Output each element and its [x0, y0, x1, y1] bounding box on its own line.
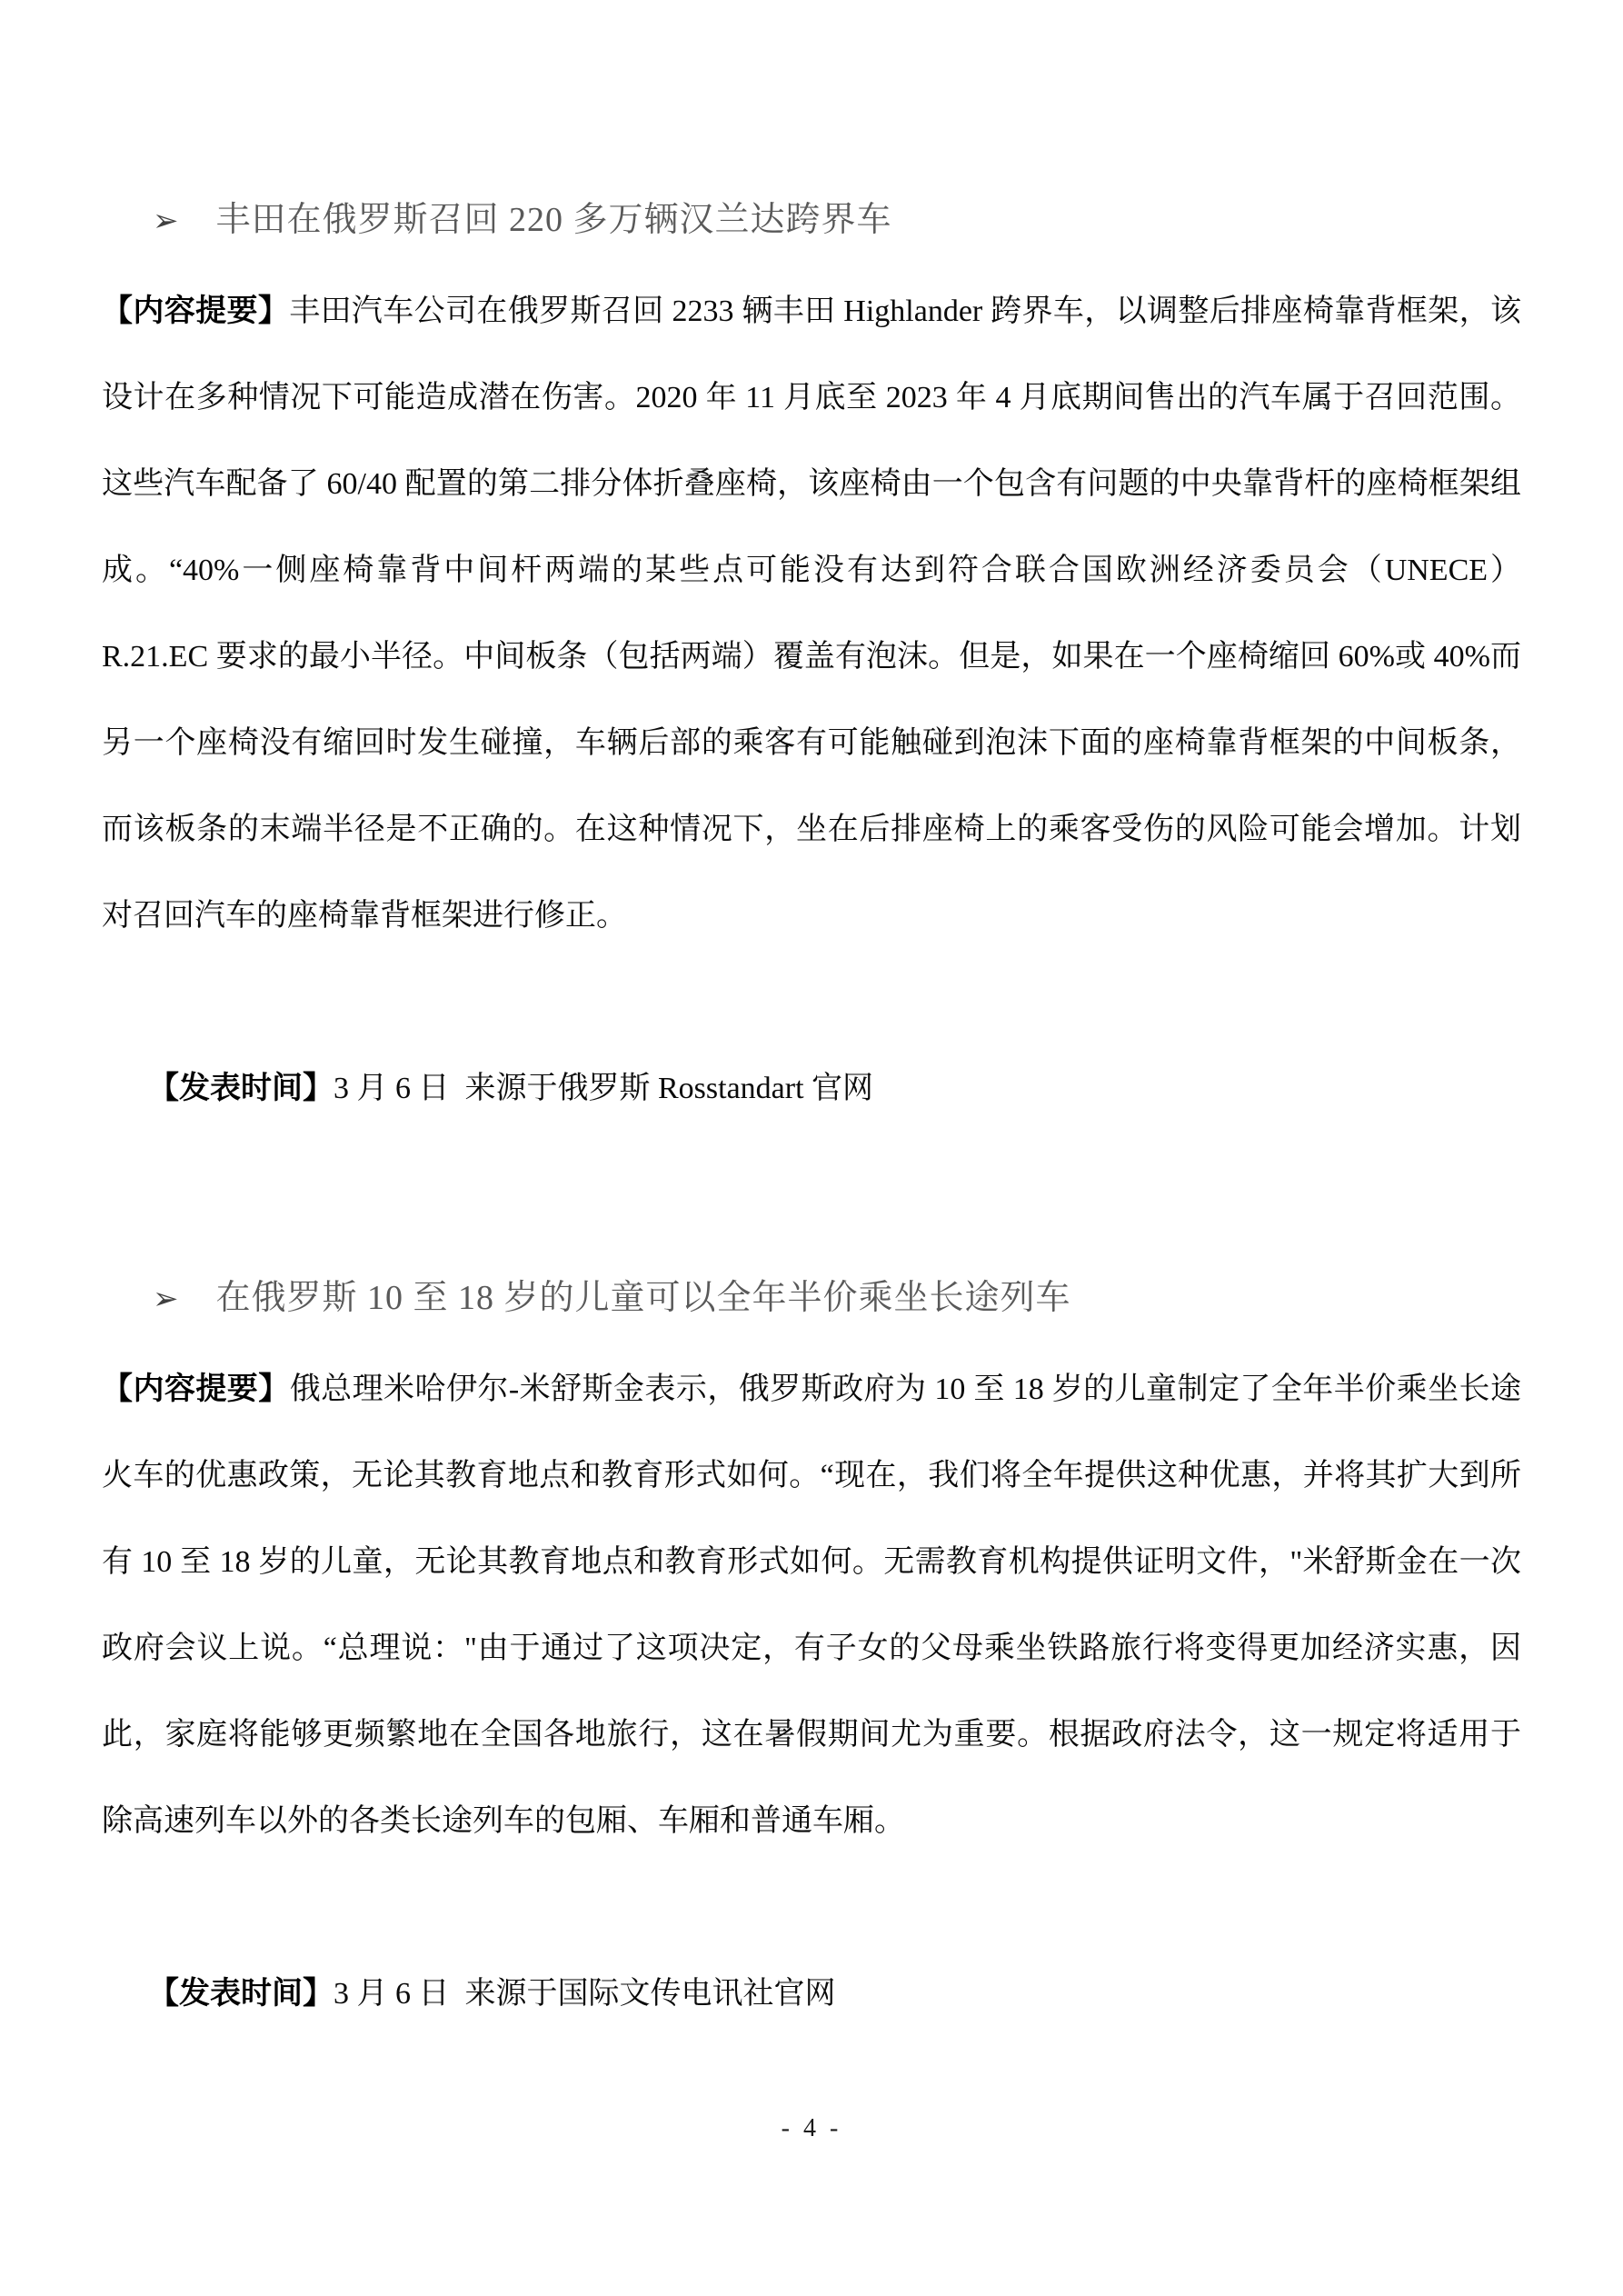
arrow-bullet-icon: ➢ — [153, 197, 180, 246]
summary-label: 【内容提要】 — [102, 1373, 290, 1406]
summary-label: 【内容提要】 — [102, 294, 289, 328]
publish-date-label: 【发表时间】 — [148, 1072, 334, 1105]
section-toyota-recall: ➢ 丰田在俄罗斯召回 220 多万辆汉兰达跨界车 【内容提要】丰田汽车公司在俄罗… — [102, 193, 1521, 1218]
summary-paragraph: 【内容提要】丰田汽车公司在俄罗斯召回 2233 辆丰田 Highlander 跨… — [102, 268, 1521, 959]
publish-date-line: 【发表时间】3 月 6 日 来源于国际文传电讯社官网 — [102, 1864, 1521, 2123]
document-page: ➢ 丰田在俄罗斯召回 220 多万辆汉兰达跨界车 【内容提要】丰田汽车公司在俄罗… — [0, 0, 1623, 2296]
page-footer: - 4 - — [0, 2114, 1623, 2143]
section-heading: ➢ 丰田在俄罗斯召回 220 多万辆汉兰达跨界车 — [102, 193, 1521, 248]
section-heading: ➢ 在俄罗斯 10 至 18 岁的儿童可以全年半价乘坐长途列车 — [102, 1271, 1521, 1326]
section-children-train-discount: ➢ 在俄罗斯 10 至 18 岁的儿童可以全年半价乘坐长途列车 【内容提要】俄总… — [102, 1271, 1521, 2123]
arrow-bullet-icon: ➢ — [153, 1275, 180, 1324]
section-heading-text: 丰田在俄罗斯召回 220 多万辆汉兰达跨界车 — [216, 193, 892, 248]
page-number: - 4 - — [782, 2114, 842, 2142]
publish-date-text: 3 月 6 日 来源于国际文传电讯社官网 — [334, 1977, 836, 2011]
publish-date-text: 3 月 6 日 来源于俄罗斯 Rosstandart 官网 — [334, 1072, 873, 1105]
section-heading-text: 在俄罗斯 10 至 18 岁的儿童可以全年半价乘坐长途列车 — [216, 1271, 1071, 1326]
summary-text: 俄总理米哈伊尔-米舒斯金表示，俄罗斯政府为 10 至 18 岁的儿童制定了全年半… — [102, 1373, 1521, 1838]
publish-date-label: 【发表时间】 — [148, 1977, 334, 2011]
summary-text: 丰田汽车公司在俄罗斯召回 2233 辆丰田 Highlander 跨界车，以调整… — [102, 294, 1521, 933]
summary-paragraph: 【内容提要】俄总理米哈伊尔-米舒斯金表示，俄罗斯政府为 10 至 18 岁的儿童… — [102, 1346, 1521, 1864]
publish-date-line: 【发表时间】3 月 6 日 来源于俄罗斯 Rosstandart 官网 — [102, 959, 1521, 1218]
